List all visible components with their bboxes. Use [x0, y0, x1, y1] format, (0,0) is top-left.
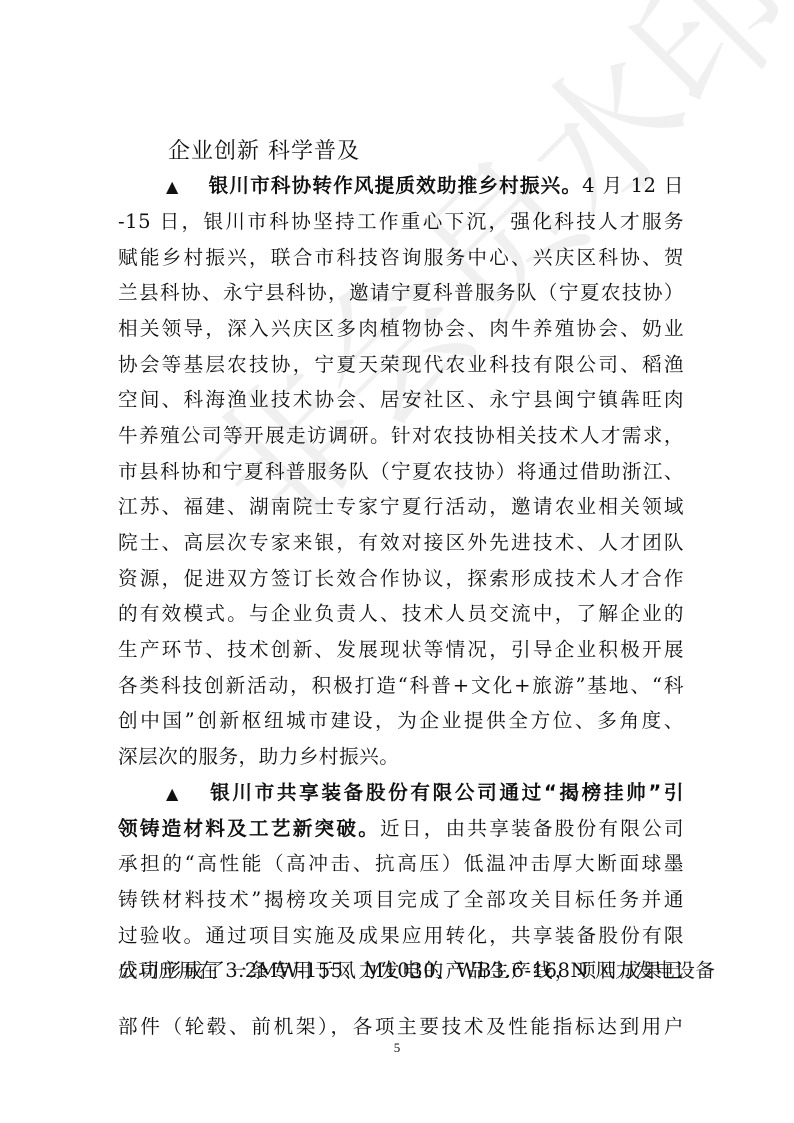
paragraph-line: -15 日，银川市科协坚持工作重心下沉，强化科技人才服务	[118, 207, 684, 237]
paragraph-line: 铸铁材料技术”揭榜攻关项目完成了全部攻关目标任务并通	[118, 885, 684, 915]
paragraph-line: 市县科协和宁夏科普服务队（宁夏农技协）将通过借助浙江、	[118, 457, 684, 487]
paragraph-line: 牛养殖公司等开展走访调研。针对农技协相关技术人才需求，	[118, 421, 684, 451]
item-2-title-line2: 领铸造材料及工艺新突破。	[118, 817, 380, 840]
page-number: 5	[0, 1040, 794, 1056]
item-2-title-cont: 领铸造材料及工艺新突破。近日，由共享装备股份有限公司	[118, 814, 684, 844]
paragraph-line: 江苏、福建、湖南院士专家宁夏行活动，邀请农业相关领域	[118, 492, 684, 522]
paragraph-line: 成功应用在 3.2MW-155、M1030、WB3.6-168N 风力发电设备	[118, 956, 684, 986]
paragraph-line: 资源，促进双方签订长效合作协议，探索形成技术人才合作	[118, 564, 684, 594]
paragraph-line: 创中国”创新枢纽城市建设，为企业提供全方位、多角度、	[118, 706, 684, 736]
paragraph-line: 相关领导，深入兴庆区多肉植物协会、肉牛养殖协会、奶业	[118, 314, 684, 344]
paragraph-line: 各类科技创新活动，积极打造“科普+文化+旅游”基地、“科	[118, 671, 684, 701]
document-page: 非会员水印 企业创新 科学普及 ▲银川市科协转作风提质效助推乡村振兴。4 月 1…	[0, 0, 794, 1123]
paragraph-line: 协会等基层农技协，宁夏天荣现代农业科技有限公司、稻渔	[118, 350, 684, 380]
paragraph-line: 生产环节、技术创新、发展现状等情况，引导企业积极开展	[118, 635, 684, 665]
paragraph-text: 近日，由共享装备股份有限公司	[380, 817, 684, 840]
paragraph-line: 空间、科海渔业技术协会、居安社区、永宁县闽宁镇犇旺肉	[118, 385, 684, 415]
paragraph-line: 过验收。通过项目实施及成果应用转化，共享装备股份有限	[118, 921, 684, 951]
item-2-title: 银川市共享装备股份有限公司通过“揭榜挂帅”引	[208, 781, 684, 804]
triangle-bullet-icon: ▲	[166, 172, 208, 202]
paragraph-line: 部件（轮毂、前机架），各项主要技术及性能指标达到用户	[118, 1012, 684, 1042]
item-2-headline: ▲银川市共享装备股份有限公司通过“揭榜挂帅”引	[166, 778, 684, 808]
paragraph-line: 院士、高层次专家来银，有效对接区外先进技术、人才团队	[118, 528, 684, 558]
item-1-date: 4 月 12 日	[582, 174, 684, 197]
paragraph-line: 兰县科协、永宁县科协，邀请宁夏科普服务队（宁夏农技协）	[118, 278, 684, 308]
paragraph-line: 赋能乡村振兴，联合市科技咨询服务中心、兴庆区科协、贺	[118, 243, 684, 273]
paragraph-line: 承担的“高性能（高冲击、抗高压）低温冲击厚大断面球墨	[118, 849, 684, 879]
paragraph-line: 深层次的服务，助力乡村振兴。	[118, 742, 684, 772]
section-title: 企业创新 科学普及	[168, 134, 360, 165]
item-1-title: 银川市科协转作风提质效助推乡村振兴。	[208, 174, 582, 197]
triangle-bullet-icon: ▲	[166, 779, 208, 809]
item-1-headline: ▲银川市科协转作风提质效助推乡村振兴。4 月 12 日	[166, 171, 684, 201]
paragraph-line: 的有效模式。与企业负责人、技术人员交流中，了解企业的	[118, 599, 684, 629]
